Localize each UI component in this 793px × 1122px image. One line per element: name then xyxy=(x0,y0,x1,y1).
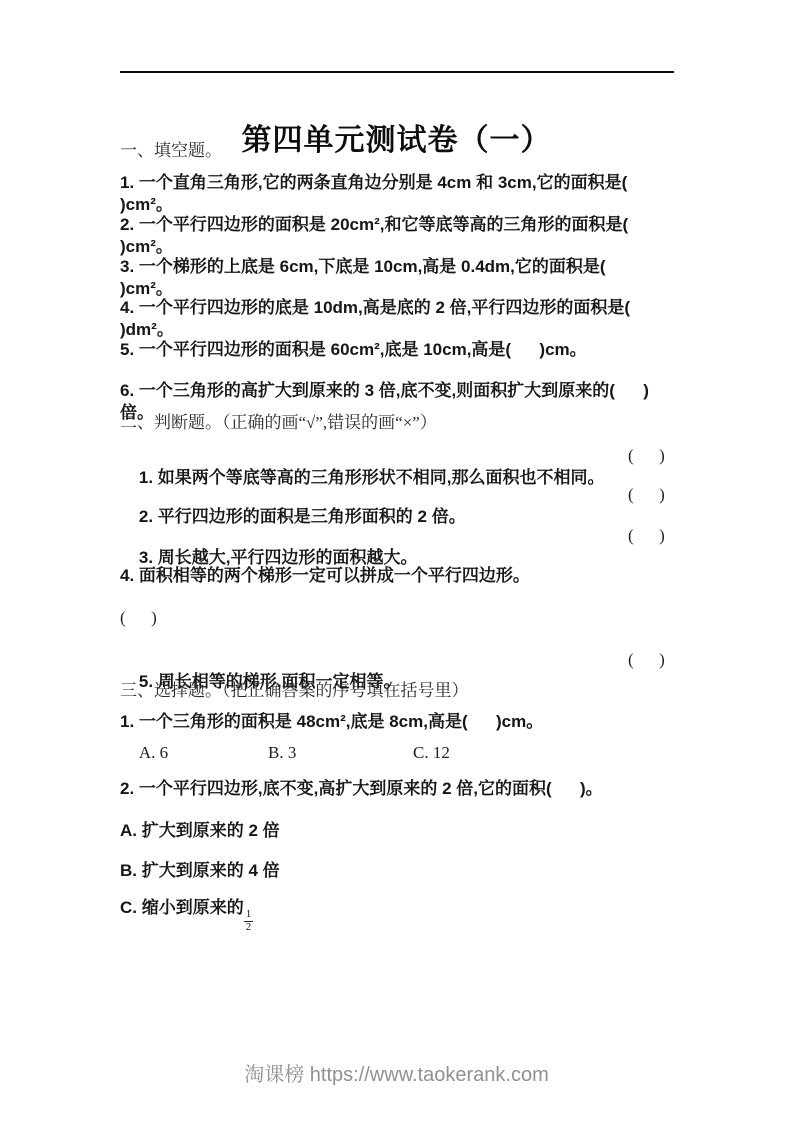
test-paper-page: 第四单元测试卷（一） 一、填空题。 1. 一个直角三角形,它的两条直角边分别是 … xyxy=(0,0,793,1122)
fill-question-5: 5. 一个平行四边形的面积是 60cm²,底是 10cm,高是( )cm。 xyxy=(120,339,676,361)
section-heading-choice: 三、选择题。（把正确答案的序号填在括号里） xyxy=(120,680,676,702)
choice-2-option-c-prefix: C. 缩小到原来的 xyxy=(120,898,244,917)
choice-1-option-b: B. 3 xyxy=(268,742,296,764)
choice-question-1-text: 1. 一个三角形的面积是 48cm²,底是 8cm,高是( )cm。 xyxy=(120,711,676,733)
judge-question-2-text: 2. 平行四边形的面积是三角形面积的 2 倍。 xyxy=(139,507,466,526)
one-half-fraction: 12 xyxy=(244,909,254,933)
fill-question-3: 3. 一个梯形的上底是 6cm,下底是 10cm,高是 0.4dm,它的面积是(… xyxy=(120,256,676,300)
fraction-numerator: 1 xyxy=(244,909,254,922)
judge-question-5-answer-blank: ( ) xyxy=(628,649,665,671)
judge-question-4-answer-blank: ( ) xyxy=(120,607,676,629)
judge-question-3-answer-blank: ( ) xyxy=(628,525,665,547)
fraction-denominator: 2 xyxy=(244,922,254,934)
fill-question-4: 4. 一个平行四边形的底是 10dm,高是底的 2 倍,平行四边形的面积是( )… xyxy=(120,297,676,341)
choice-1-option-c: C. 12 xyxy=(413,742,450,764)
fill-question-2: 2. 一个平行四边形的面积是 20cm²,和它等底等高的三角形的面积是( )cm… xyxy=(120,214,676,258)
judge-question-2-answer-blank: ( ) xyxy=(628,484,665,506)
section-heading-judge: 二、判断题。（正确的画“√”,错误的画“×”） xyxy=(120,412,676,434)
header-divider xyxy=(120,71,674,73)
choice-2-option-c: C. 缩小到原来的12 xyxy=(120,897,676,933)
judge-question-4-text: 4. 面积相等的两个梯形一定可以拼成一个平行四边形。 xyxy=(120,565,676,587)
choice-1-option-a: A. 6 xyxy=(139,742,168,764)
choice-2-option-b: B. 扩大到原来的 4 倍 xyxy=(120,860,676,882)
choice-question-2-text: 2. 一个平行四边形,底不变,高扩大到原来的 2 倍,它的面积( )。 xyxy=(120,778,676,800)
section-heading-fill: 一、填空题。 xyxy=(120,140,676,162)
judge-question-1-answer-blank: ( ) xyxy=(628,445,665,467)
watermark-footer: 淘课榜 https://www.taokerank.com xyxy=(0,1058,793,1087)
choice-2-option-a: A. 扩大到原来的 2 倍 xyxy=(120,820,676,842)
fill-question-1: 1. 一个直角三角形,它的两条直角边分别是 4cm 和 3cm,它的面积是( )… xyxy=(120,172,676,216)
